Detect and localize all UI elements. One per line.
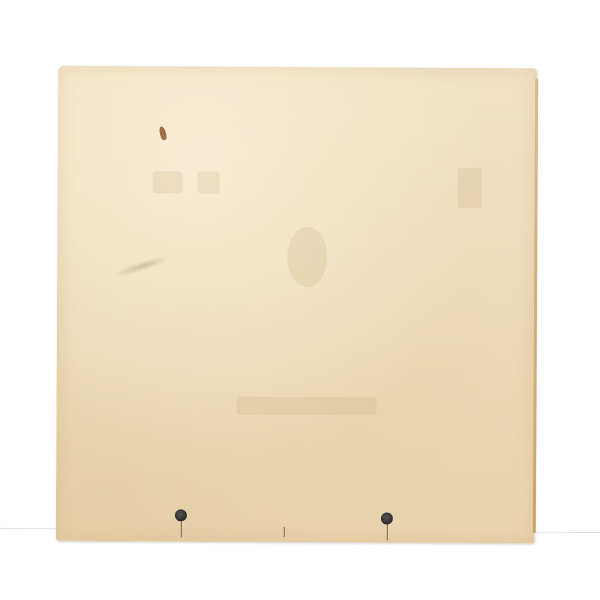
card-edge xyxy=(533,78,538,533)
rust-stain xyxy=(158,126,167,141)
punch-hole-left xyxy=(175,509,187,521)
slit-right xyxy=(387,524,388,540)
bleed-through-mark xyxy=(236,397,376,416)
bleed-through-mark xyxy=(458,168,482,208)
bleed-through-mark xyxy=(287,227,327,287)
slit-middle xyxy=(284,527,285,537)
paper-card xyxy=(56,66,536,543)
smudge-mark xyxy=(112,252,172,280)
slit-left xyxy=(181,521,182,537)
bleed-through-mark xyxy=(153,171,183,193)
bleed-through-mark xyxy=(198,171,220,193)
punch-hole-right xyxy=(381,512,393,524)
